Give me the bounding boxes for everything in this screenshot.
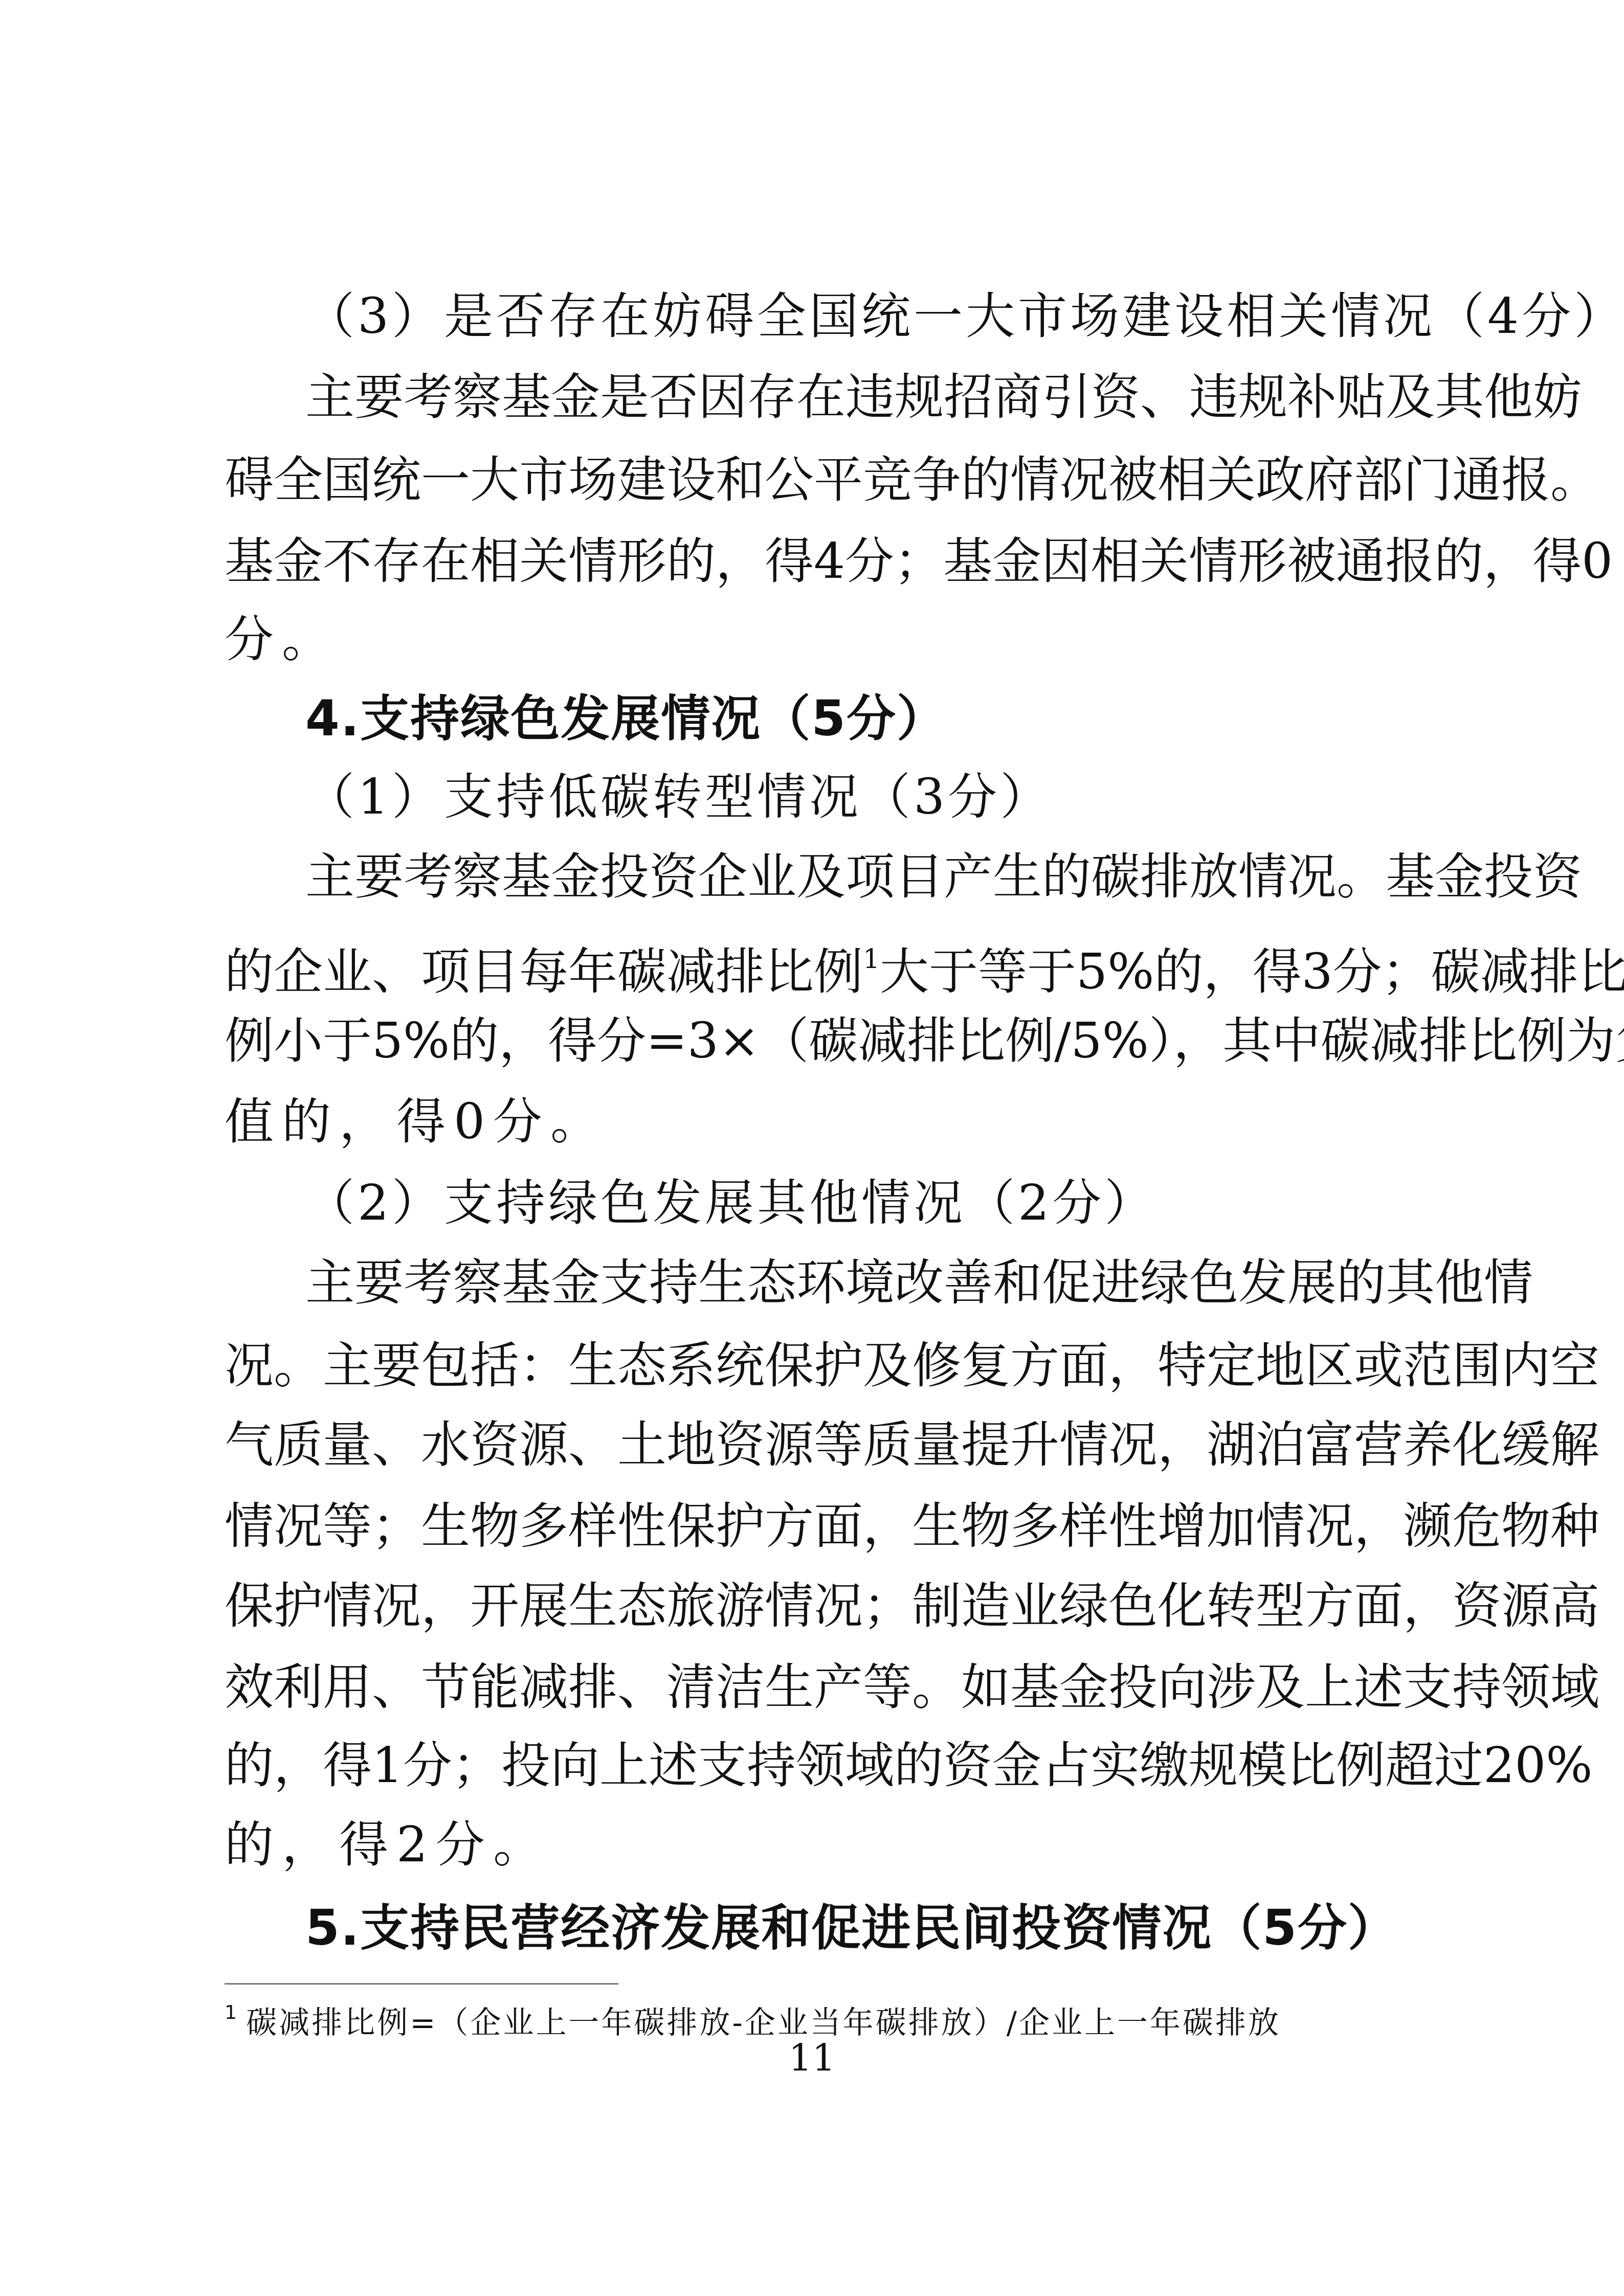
paragraph-line-with-footnote: 的企业、项目每年碳减排比例1大于等于5%的，得3分；碳减排比: [225, 924, 1413, 1007]
paragraph-line: 的，得1分；投向上述支持领域的资金占实缴规模比例超过20%: [225, 1729, 1413, 1801]
paragraph-line: 情况等；生物多样性保护方面，生物多样性增加情况，濒危物种: [225, 1490, 1413, 1562]
paragraph-line: 保护情况，开展生态旅游情况；制造业绿色化转型方面，资源高: [225, 1570, 1413, 1641]
section-heading-4: 4.支持绿色发展情况（5分）: [305, 683, 1413, 754]
paragraph-line: 分。: [225, 603, 1413, 675]
footnote-reference[interactable]: 1: [863, 944, 880, 975]
paragraph-line: 主要考察基金是否因存在违规招商引资、违规补贴及其他妨: [305, 361, 1413, 433]
paragraph-line: 碍全国统一大市场建设和公平竞争的情况被相关政府部门通报。: [225, 444, 1413, 515]
paragraph-line: 的，得2分。: [225, 1809, 1413, 1880]
paragraph-line: 效利用、节能减排、清洁生产等。如基金投向涉及上述支持领域: [225, 1651, 1413, 1723]
footnote-divider: [225, 1983, 618, 1985]
paragraph-line: 基金不存在相关情形的，得4分；基金因相关情形被通报的，得0: [225, 525, 1413, 597]
paragraph-line: 主要考察基金投资企业及项目产生的碳排放情况。基金投资: [305, 841, 1413, 912]
text-after-ref: 大于等于5%的，得3分；碳减排比: [880, 943, 1624, 1000]
paragraph-line: 气质量、水资源、土地资源等质量提升情况，湖泊富营养化缓解: [225, 1409, 1413, 1480]
paragraph-line: 值的，得0分。: [225, 1086, 1413, 1157]
subheading-1-low-carbon: （1）支持低碳转型情况（3分）: [305, 761, 1413, 832]
paragraph-line: 例小于5%的，得分=3×（碳减排比例/5%），其中碳减排比例为负: [225, 1005, 1413, 1076]
text-before-ref: 的企业、项目每年碳减排比例: [225, 943, 863, 1000]
section-heading-5: 5.支持民营经济发展和促进民间投资情况（5分）: [305, 1892, 1413, 1964]
subheading-3-market: （3）是否存在妨碍全国统一大市场建设相关情况（4分）: [305, 280, 1413, 352]
paragraph-line: 主要考察基金支持生态环境改善和促进绿色发展的其他情: [305, 1247, 1413, 1318]
paragraph-line: 况。主要包括：生态系统保护及修复方面，特定地区或范围内空: [225, 1330, 1413, 1401]
footnote-marker: 1: [225, 2001, 239, 2023]
page-number: 11: [0, 2035, 1624, 2081]
subheading-2-green-other: （2）支持绿色发展其他情况（2分）: [305, 1167, 1413, 1239]
